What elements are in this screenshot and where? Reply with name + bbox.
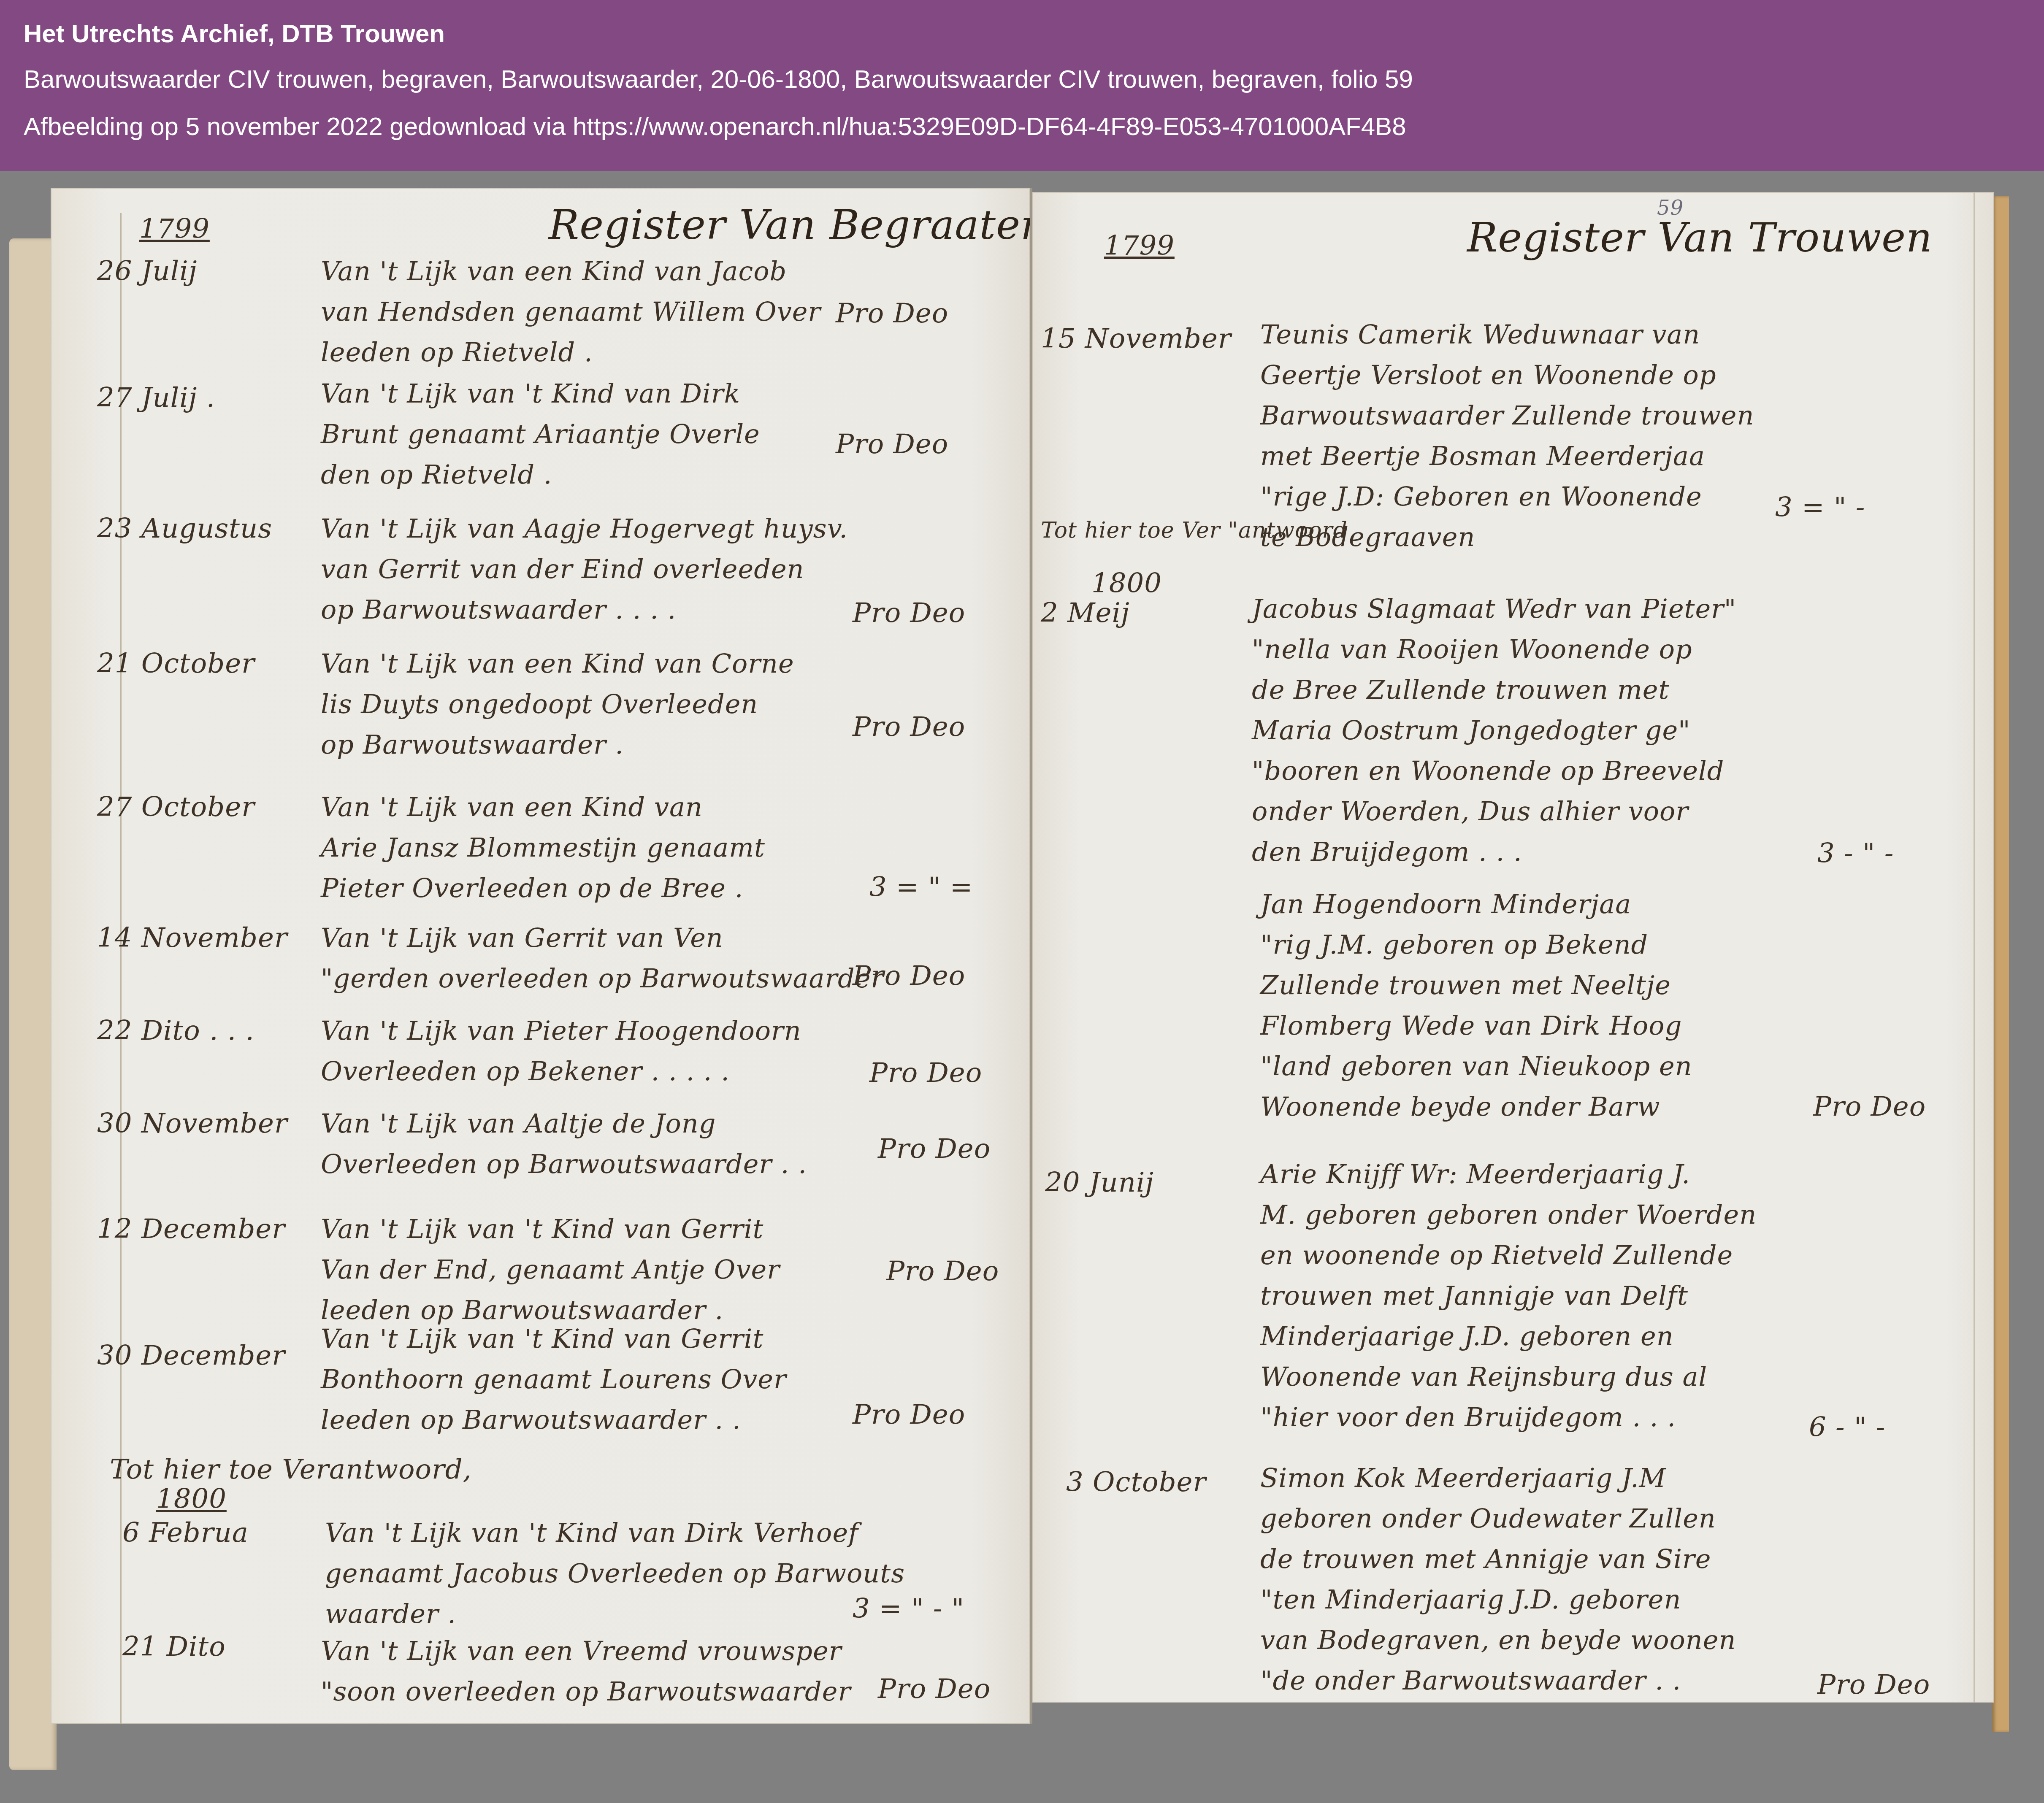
entry-date: 22 Dito . . . — [97, 1011, 254, 1051]
left-page-year: 1799 — [139, 209, 210, 249]
entry-fee: Pro Deo — [836, 424, 948, 465]
entry-text: Simon Kok Meerderjaarig J.M geboren onde… — [1260, 1458, 1736, 1701]
entry-date: 30 December — [97, 1335, 285, 1376]
book-left-edge — [9, 238, 57, 1770]
entry-text: Van 't Lijk van 't Kind van Dirk Brunt g… — [321, 373, 760, 495]
entry-date: 3 October — [1066, 1462, 1206, 1503]
banner-description: Barwoutswaarder CIV trouwen, begraven, B… — [24, 67, 2044, 92]
entry-fee: Pro Deo — [869, 1053, 982, 1093]
entry-text: Van 't Lijk van een Vreemd vrouwsper "so… — [321, 1631, 851, 1712]
entry-date: 2 Meij — [1041, 593, 1130, 633]
entry-date: 27 Julij . — [97, 378, 215, 418]
entry-date: 26 Julij — [97, 251, 197, 292]
right-page-heading: Register Van Trouwen — [1467, 217, 1933, 258]
entry-text: Van 't Lijk van Aagje Hogervegt huysv. v… — [321, 508, 848, 630]
right-page-marriages: 59 1799 Register Van Trouwen 15 November… — [1032, 192, 1994, 1703]
entry-fee: 3 - " - — [1817, 833, 1894, 874]
entry-text: Van 't Lijk van een Kind van Arie Jansz … — [321, 787, 765, 908]
banner-download-note: Afbeelding op 5 november 2022 gedownload… — [24, 114, 2044, 139]
archive-banner: Het Utrechts Archief, DTB Trouwen Barwou… — [0, 0, 2044, 171]
entry-text: Van 't Lijk van 't Kind van Gerrit Van d… — [321, 1209, 780, 1330]
left-page-burials: 1799 Register Van Begraaten 26 Julij Van… — [51, 188, 1030, 1724]
entry-fee: Pro Deo — [853, 956, 965, 996]
entry-date: 21 October — [97, 643, 255, 684]
entry-fee: 3 = " = — [869, 867, 973, 908]
entry-fee: 6 - " - — [1809, 1407, 1885, 1448]
entry-fee: Pro Deo — [878, 1669, 991, 1709]
entry-date: 21 Dito — [122, 1627, 226, 1667]
entry-date: 6 Februa — [122, 1513, 249, 1553]
entry-text: Van 't Lijk van een Kind van Corne lis D… — [321, 643, 794, 765]
entry-text: Van 't Lijk van Aaltje de Jong Overleede… — [321, 1103, 807, 1184]
page-margin-rule — [120, 213, 122, 1724]
entry-fee: Pro Deo — [1813, 1087, 1926, 1127]
entry-fee: 3 = " - — [1775, 487, 1865, 528]
entry-date: 30 November — [97, 1103, 287, 1144]
entry-date: 12 December — [97, 1209, 285, 1249]
entry-fee: Pro Deo — [878, 1129, 991, 1169]
left-page-heading: Register Van Begraaten — [549, 205, 1047, 245]
entry-date: 27 October — [97, 787, 255, 827]
banner-title: Het Utrechts Archief, DTB Trouwen — [24, 21, 2044, 46]
entry-fee: Pro Deo — [853, 707, 965, 747]
entry-fee: Pro Deo — [836, 293, 948, 334]
book-right-edge — [1992, 196, 2009, 1732]
entry-fee: Pro Deo — [853, 1395, 965, 1435]
entry-text: Jacobus Slagmaat Wedr van Pieter" "nella… — [1252, 589, 1736, 872]
entry-text: Arie Knijff Wr: Meerderjaarig J. M. gebo… — [1260, 1154, 1757, 1438]
entry-date: 15 November — [1041, 319, 1231, 359]
entry-text: Van 't Lijk van een Kind van Jacob van H… — [321, 251, 821, 373]
right-page-year: 1799 — [1104, 226, 1175, 266]
entry-fee: Pro Deo — [1817, 1665, 1930, 1705]
entry-text: Van 't Lijk van 't Kind van Dirk Verhoef… — [325, 1513, 905, 1634]
entry-fee: 3 = " - " — [853, 1589, 964, 1629]
entry-text: Van 't Lijk van Pieter Hoogendoorn Overl… — [321, 1011, 801, 1092]
entry-fee: Pro Deo — [886, 1251, 999, 1292]
margin-note: Tot hier toe Ver "antwoord — [1041, 517, 1348, 544]
entry-text: Van 't Lijk van 't Kind van Gerrit Bonth… — [321, 1319, 787, 1440]
entry-date: 14 November — [97, 918, 287, 958]
entry-date: 20 Junij — [1045, 1162, 1154, 1203]
entry-text: Van 't Lijk van Gerrit van Ven "gerden o… — [321, 918, 884, 999]
book-scan: 1799 Register Van Begraaten 26 Julij Van… — [0, 171, 2044, 1803]
entry-fee: Pro Deo — [853, 593, 965, 633]
entry-text: Jan Hogendoorn Minderjaa "rig J.M. gebor… — [1260, 884, 1692, 1127]
entry-date: 23 Augustus — [97, 508, 272, 549]
page-margin-rule — [1974, 192, 1975, 1703]
